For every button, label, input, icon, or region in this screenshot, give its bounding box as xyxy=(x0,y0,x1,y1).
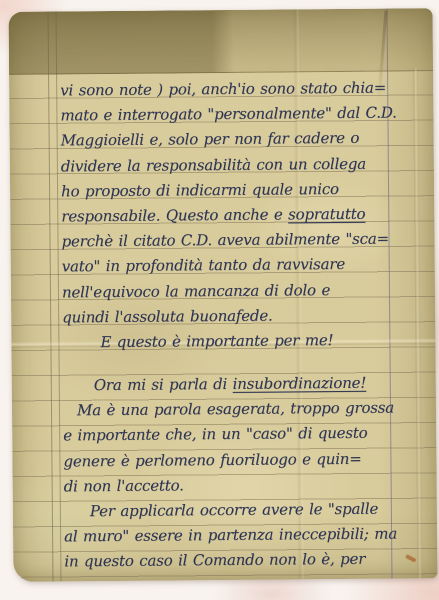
handwritten-line: perchè il citato C.D. aveva abilmente "s… xyxy=(61,227,397,255)
underlined-word: sopratutto xyxy=(288,205,365,224)
photo-frame: vi sono note ) poi, anch'io sono stato c… xyxy=(0,0,439,600)
paper-top-shadow xyxy=(9,8,434,75)
underlined-word: insubordinazione! xyxy=(233,374,367,393)
handwritten-line: E questo è importante per me! xyxy=(62,327,398,355)
handwritten-line: vi sono note ) poi, anch'io sono stato c… xyxy=(60,75,396,103)
handwritten-line: mato e interrogato "personalmente" dal C… xyxy=(60,101,396,129)
handwritten-line: in questo caso il Comando non lo è, per xyxy=(64,547,400,575)
handwritten-line: Ora mi si parla di insubordinazione! xyxy=(63,371,399,399)
handwritten-line: nell'equivoco la mancanza di dolo e xyxy=(62,277,398,305)
handwritten-line: Maggioielli e, solo per non far cadere o xyxy=(61,126,397,154)
handwritten-line: ho proposto di indicarmi quale unico xyxy=(61,176,397,204)
handwritten-line: responsabile. Questo anche e sopratutto xyxy=(61,201,397,229)
handwritten-line: Per applicarla occorre avere le "spalle xyxy=(64,496,400,524)
letter-page: vi sono note ) poi, anch'io sono stato c… xyxy=(9,8,438,582)
handwritten-line: Ma è una parola esagerata, troppo grossa xyxy=(63,396,399,424)
handwritten-line: al muro" essere in partenza ineccepibili… xyxy=(64,522,400,550)
handwritten-line: di non l'accetto. xyxy=(64,471,400,499)
handwritten-line: genere è perlomeno fuoriluogo e quin= xyxy=(63,446,399,474)
handwritten-line: quindi l'assoluta buonafede. xyxy=(62,302,398,330)
handwritten-line: dividere la responsabilità con un colleg… xyxy=(61,151,397,179)
handwritten-line: vato" in profondità tanto da ravvisare xyxy=(62,252,398,280)
letter-lines: vi sono note ) poi, anch'io sono stato c… xyxy=(60,75,401,574)
handwritten-line: e importante che, in un "caso" di questo xyxy=(63,421,399,449)
